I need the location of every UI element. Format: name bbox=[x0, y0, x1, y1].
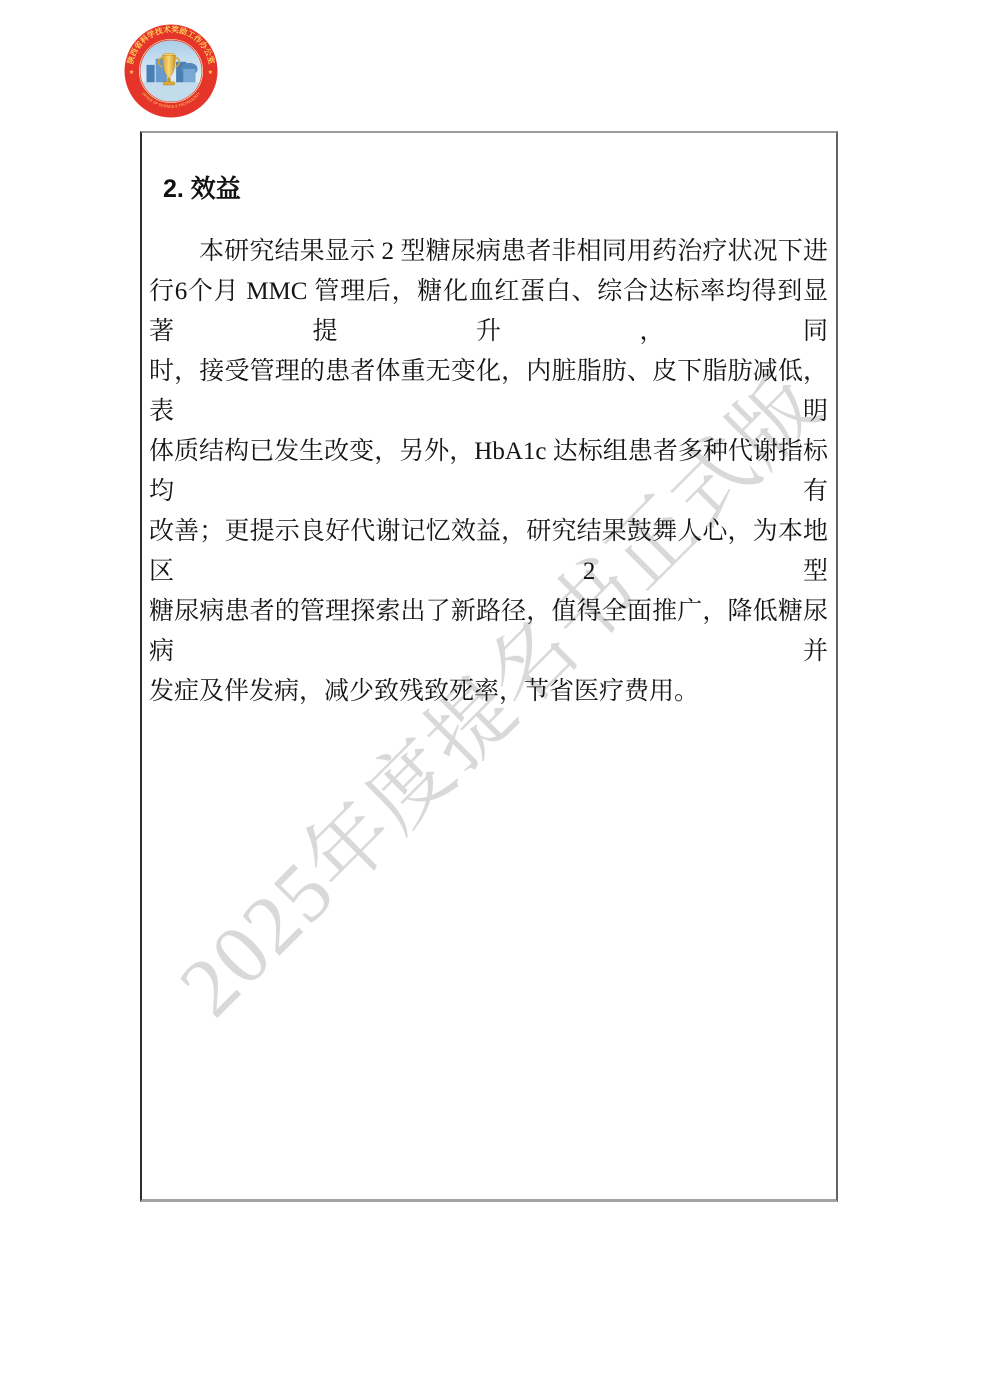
paragraph-line: 本研究结果显示 2 型糖尿病患者非相同用药治疗状况下进 bbox=[149, 232, 828, 272]
paragraph-line: 糖尿病患者的管理探索出了新路径，值得全面推广，降低糖尿病并 bbox=[149, 592, 828, 672]
document-page: 2025年度提名书正式版 bbox=[0, 0, 990, 1399]
paragraph-line: 发症及伴发病，减少致残致死率，节省医疗费用。 bbox=[149, 672, 828, 712]
paragraph-line: 行6个月 MMC 管理后，糖化血红蛋白、综合达标率均得到显著提升，同 bbox=[149, 272, 828, 352]
official-seal-icon: 陕西省科学技术奖励工作办公室 OFFICE OF SCIENCE & TECHN… bbox=[124, 24, 218, 118]
paragraph-line: 体质结构已发生改变，另外，HbA1c 达标组患者多种代谢指标均有 bbox=[149, 432, 828, 512]
benefit-paragraph: 本研究结果显示 2 型糖尿病患者非相同用药治疗状况下进 行6个月 MMC 管理后… bbox=[142, 232, 836, 712]
seal-left-star-icon: ★ bbox=[129, 69, 135, 76]
content-box: 2. 效益 本研究结果显示 2 型糖尿病患者非相同用药治疗状况下进 行6个月 M… bbox=[140, 131, 838, 1202]
paragraph-line: 时，接受管理的患者体重无变化，内脏脂肪、皮下脂肪减低，表明 bbox=[149, 352, 828, 432]
section-heading: 2. 效益 bbox=[163, 169, 836, 205]
seal-right-star-icon: ★ bbox=[208, 69, 214, 76]
paragraph-line: 改善；更提示良好代谢记忆效益，研究结果鼓舞人心，为本地区 2 型 bbox=[149, 512, 828, 592]
seal-center-image bbox=[140, 40, 201, 101]
